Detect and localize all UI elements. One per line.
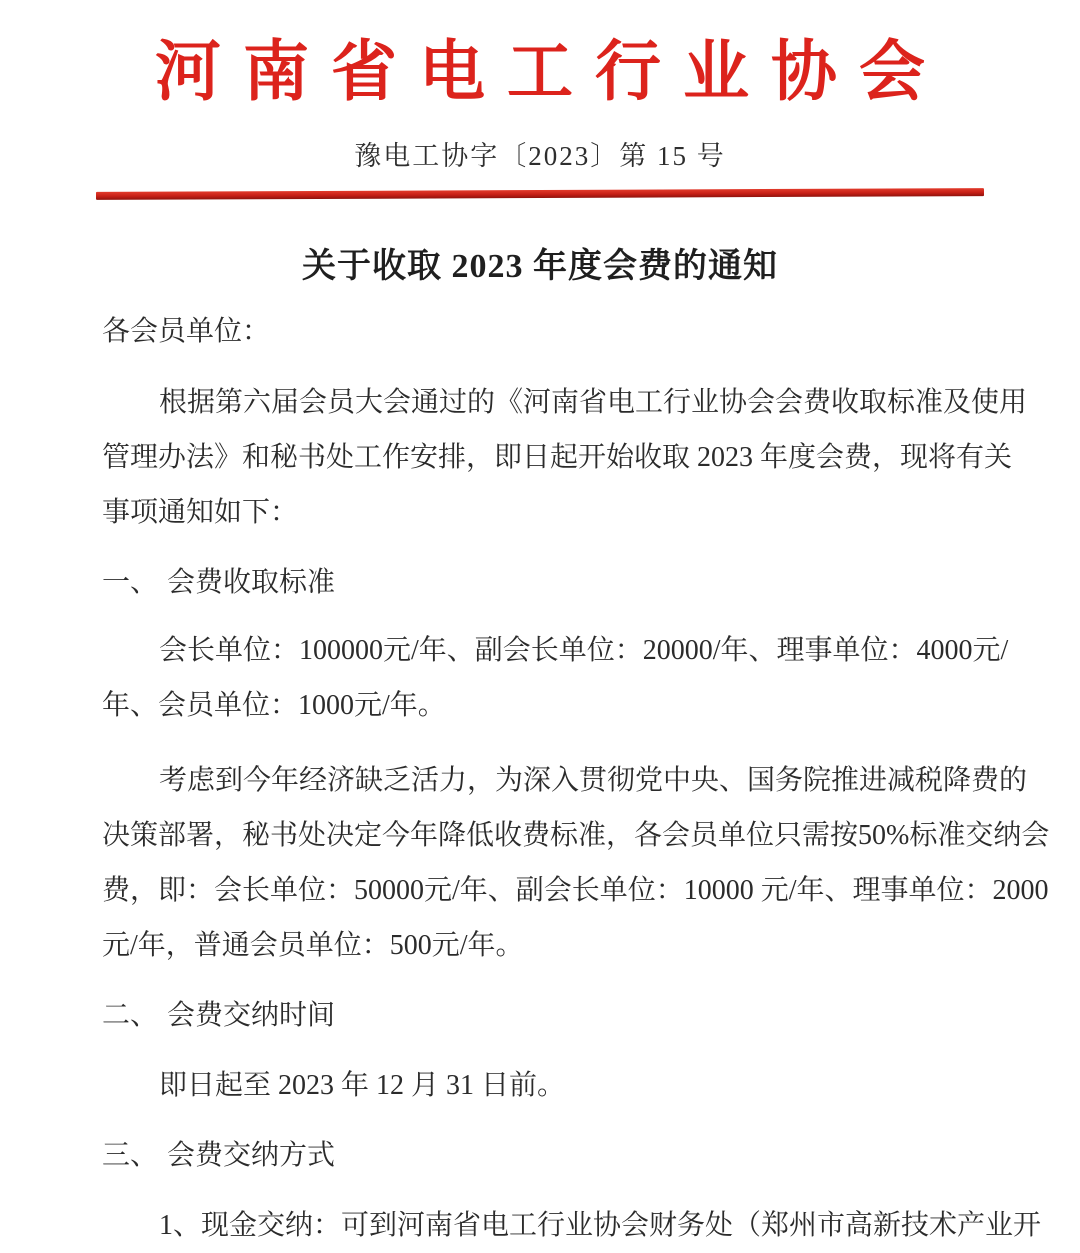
notice-title: 关于收取 2023 年度会费的通知 xyxy=(0,242,1080,292)
section-1-marker: 一、 xyxy=(102,555,167,610)
section-2-heading-text: 会费交纳时间 xyxy=(167,1000,335,1031)
deadline-line: 即日起至 2023 年 12 月 31 日前。 xyxy=(102,1058,990,1113)
fee-standard-line-1: 会长单位：100000元/年、副会长单位：20000/年、理事单位：4000元/ xyxy=(102,623,990,678)
intro-line-3: 事项通知如下： xyxy=(102,485,990,540)
section-3-marker: 三、 xyxy=(102,1128,167,1183)
discount-line-3: 费，即：会长单位：50000元/年、副会长单位：10000 元/年、理事单位：2… xyxy=(102,863,990,918)
section-1-heading-text: 会费收取标准 xyxy=(167,567,335,598)
section-2-heading: 二、会费交纳时间 xyxy=(102,988,990,1043)
section-2-marker: 二、 xyxy=(102,988,167,1043)
fee-standard-line-2: 年、会员单位：1000元/年。 xyxy=(102,678,990,733)
section-3-heading-text: 会费交纳方式 xyxy=(167,1140,335,1171)
intro-line-1: 根据第六届会员大会通过的《河南省电工行业协会会费收取标准及使用 xyxy=(102,375,990,430)
scanned-notice-page: 河南省电工行业协会 豫电工协字〔2023〕第 15 号 关于收取 2023 年度… xyxy=(0,0,1080,1253)
notice-body: 各会员单位： 根据第六届会员大会通过的《河南省电工行业协会会费收取标准及使用 管… xyxy=(0,304,1080,1253)
discount-line-1: 考虑到今年经济缺乏活力，为深入贯彻党中央、国务院推进减税降费的 xyxy=(102,753,990,808)
section-3-heading: 三、会费交纳方式 xyxy=(102,1128,990,1183)
letterhead: 河南省电工行业协会 豫电工协字〔2023〕第 15 号 xyxy=(0,34,1080,198)
intro-line-2: 管理办法》和秘书处工作安排，即日起开始收取 2023 年度会费，现将有关 xyxy=(102,430,990,485)
discount-line-2: 决策部署，秘书处决定今年降低收费标准，各会员单位只需按50%标准交纳会 xyxy=(102,808,990,863)
salutation: 各会员单位： xyxy=(102,304,990,359)
discount-line-4: 元/年，普通会员单位：500元/年。 xyxy=(102,918,990,973)
doc-number: 豫电工协字〔2023〕第 15 号 xyxy=(0,138,1080,174)
payment-method-line-1: 1、现金交纳：可到河南省电工行业协会财务处（郑州市高新技术产业开 xyxy=(102,1198,990,1253)
section-1-heading: 一、会费收取标准 xyxy=(102,555,990,610)
red-divider-line xyxy=(96,188,984,200)
org-name: 河南省电工行业协会 xyxy=(0,34,1080,112)
